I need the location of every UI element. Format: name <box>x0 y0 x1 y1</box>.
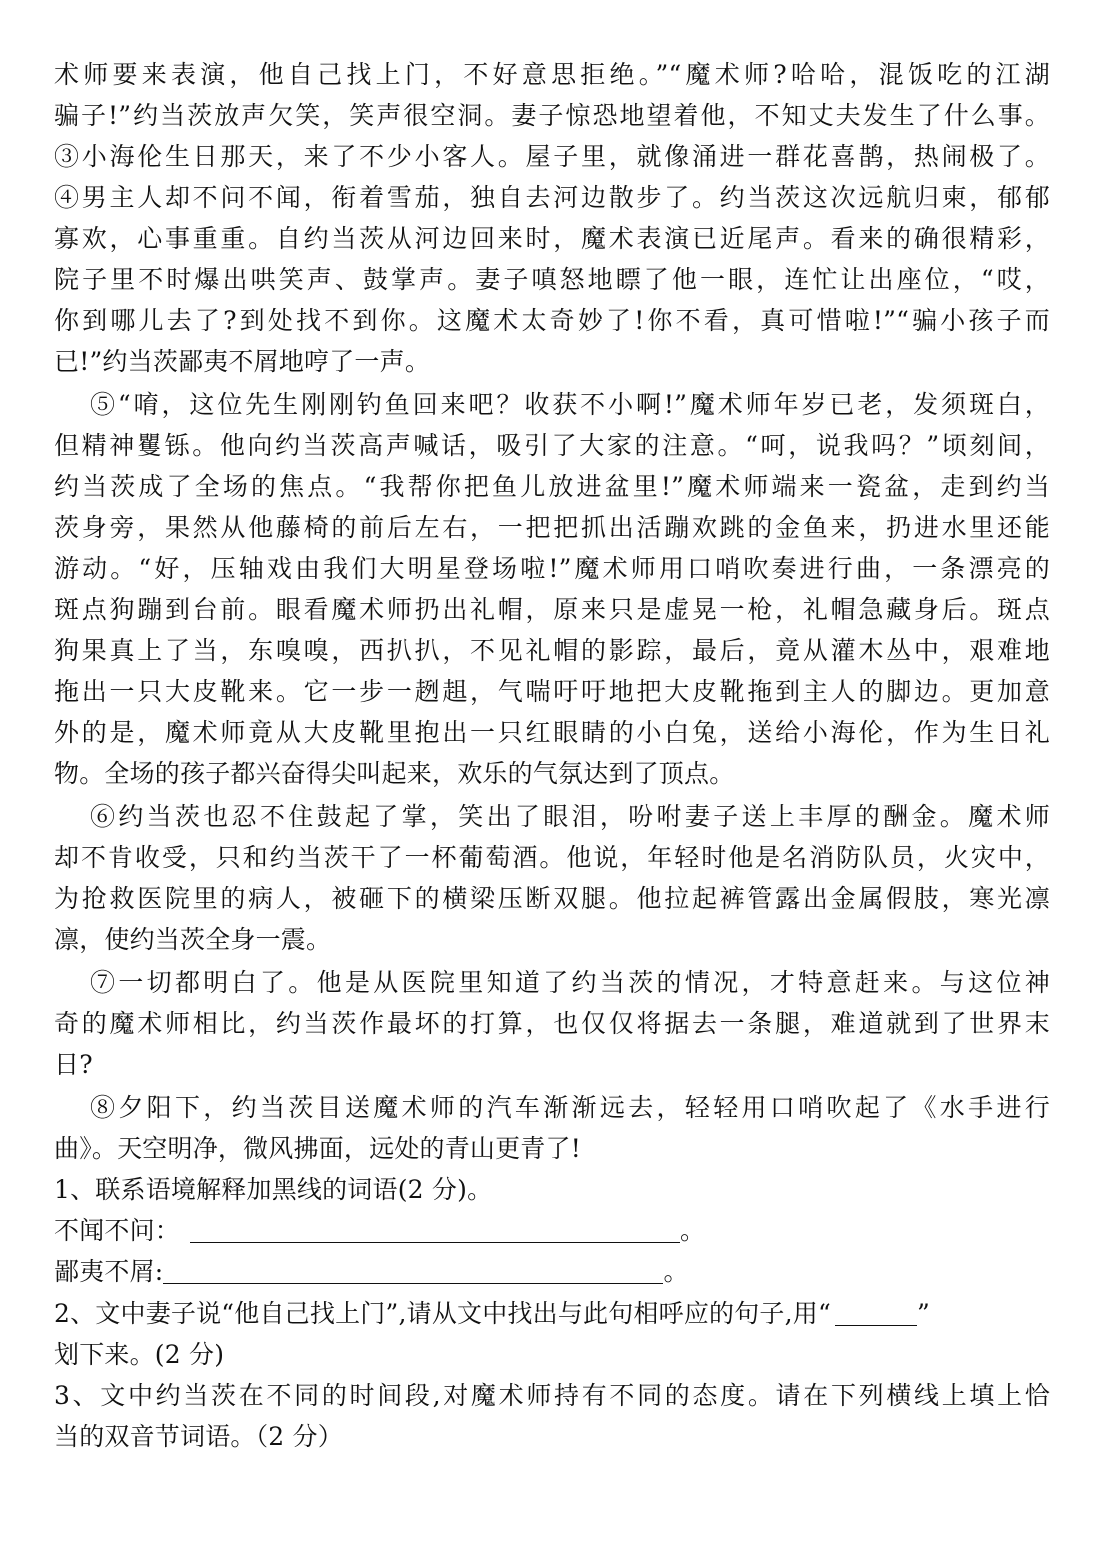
passage-line: 寡欢，心事重重。自约当茨从河边回来时，魔术表演已近尾声。看来的确很精彩， <box>54 218 1050 259</box>
passage-line: 约当茨成了全场的焦点。“我帮你把鱼儿放进盆里!”魔术师端来一瓷盆，走到约当 <box>54 466 1050 507</box>
passage-line: 曲》。天空明净，微风拂面，远处的青山更青了! <box>54 1128 1050 1169</box>
passage-line: 你到哪儿去了?到处找不到你。这魔术太奇妙了!你不看，真可惜啦!”“骗小孩子而 <box>54 300 1050 341</box>
close-quote: ” <box>917 1299 930 1328</box>
passage-line: 术师要来表演，他自己找上门，不好意思拒绝。”“魔术师?哈哈，混饭吃的江湖 <box>54 54 1050 95</box>
question-1-prompt: 1、联系语境解释加黑线的词语(2 分)。 <box>54 1169 1050 1210</box>
passage-line: ④男主人却不问不闻，衔着雪茄，独自去河边散步了。约当茨这次远航归柬，郁郁 <box>54 177 1050 218</box>
question-2-prompt: 2、文中妻子说“他自己找上门”,请从文中找出与此句相呼应的句子,用“ <box>54 1299 831 1328</box>
passage-line: 骗子!”约当茨放声欠笑，笑声很空洞。妻子惊恐地望着他，不知丈夫发生了什么事。 <box>54 95 1050 136</box>
question-2-line-2: 划下来。(2 分) <box>54 1334 1050 1375</box>
passage-line: 物。全场的孩子都兴奋得尖叫起来，欢乐的气氛达到了顶点。 <box>54 753 1050 794</box>
question-1-item-2: 鄙夷不屑:。 <box>54 1251 1050 1292</box>
question-2-line-1: 2、文中妻子说“他自己找上门”,请从文中找出与此句相呼应的句子,用“” <box>54 1293 1050 1334</box>
passage-line: 院子里不时爆出哄笑声、鼓掌声。妻子嗔怒地瞟了他一眼，连忙让出座位，“哎， <box>54 259 1050 300</box>
passage-line: 斑点狗蹦到台前。眼看魔术师扔出礼帽，原来只是虚晃一枪，礼帽急藏身后。斑点 <box>54 589 1050 630</box>
passage-line: ⑤“唷，这位先生刚刚钓鱼回来吧？收获不小啊!”魔术师年岁已老，发须斑白， <box>90 384 1050 425</box>
punctuation: 。 <box>663 1257 688 1286</box>
document-page: 术师要来表演，他自己找上门，不好意思拒绝。”“魔术师?哈哈，混饭吃的江湖骗子!”… <box>0 0 1102 1559</box>
question-3-line-2: 当的双音节词语。（2 分） <box>54 1416 1050 1457</box>
passage-line: ⑧夕阳下，约当茨目送魔术师的汽车渐渐远去，轻轻用口哨吹起了《水手进行 <box>90 1087 1050 1128</box>
answer-blank-1[interactable] <box>190 1216 680 1243</box>
passage-line: ⑥约当茨也忍不住鼓起了掌，笑出了眼泪，吩咐妻子送上丰厚的酬金。魔术师 <box>90 796 1050 837</box>
passage-line: 狗果真上了当，东嗅嗅，西扒扒，不见礼帽的影踪，最后，竟从灌木丛中，艰难地 <box>54 630 1050 671</box>
passage-line: 奇的魔术师相比，约当茨作最坏的打算，也仅仅将据去一条腿，难道就到了世界末 <box>54 1003 1050 1044</box>
answer-blank-2[interactable] <box>163 1257 663 1284</box>
passage-line: 但精神矍铄。他向约当茨高声喊话，吸引了大家的注意。“呵，说我吗？”顷刻间， <box>54 425 1050 466</box>
underline-sample <box>835 1299 917 1326</box>
passage-line: ③小海伦生日那天，来了不少小客人。屋子里，就像涌进一群花喜鹊，热闹极了。 <box>54 136 1050 177</box>
passage-line: 为抢救医院里的病人，被砸下的横梁压断双腿。他拉起裤管露出金属假肢，寒光凛 <box>54 878 1050 919</box>
question-1-item-1-label: 不闻不问： <box>54 1216 180 1245</box>
passage-line: 茨身旁，果然从他藤椅的前后左右，一把把抓出活蹦欢跳的金鱼来，扔进水里还能 <box>54 507 1050 548</box>
question-1-item-1: 不闻不问：。 <box>54 1210 1050 1251</box>
passage-line: ⑦一切都明白了。他是从医院里知道了约当茨的情况，才特意赶来。与这位神 <box>90 962 1050 1003</box>
passage-line: 凛，使约当茨全身一震。 <box>54 919 1050 960</box>
question-1-item-2-label: 鄙夷不屑: <box>54 1257 163 1286</box>
question-3-line-1: 3、文中约当茨在不同的时间段,对魔术师持有不同的态度。请在下列横线上填上恰 <box>54 1375 1050 1416</box>
passage-line: 日? <box>54 1044 1050 1085</box>
passage-line: 外的是，魔术师竟从大皮靴里抱出一只红眼睛的小白兔，送给小海伦，作为生日礼 <box>54 712 1050 753</box>
passage-line: 已!”约当茨鄙夷不屑地哼了一声。 <box>54 341 1050 382</box>
passage-line: 却不肯收受，只和约当茨干了一杯葡萄酒。他说，年轻时他是名消防队员，火灾中， <box>54 837 1050 878</box>
passage-line: 游动。“好，压轴戏由我们大明星登场啦!”魔术师用口哨吹奏进行曲，一条漂亮的 <box>54 548 1050 589</box>
punctuation: 。 <box>680 1216 705 1245</box>
passage-line: 拖出一只大皮靴来。它一步一趔趄，气喘吁吁地把大皮靴拖到主人的脚边。更加意 <box>54 671 1050 712</box>
